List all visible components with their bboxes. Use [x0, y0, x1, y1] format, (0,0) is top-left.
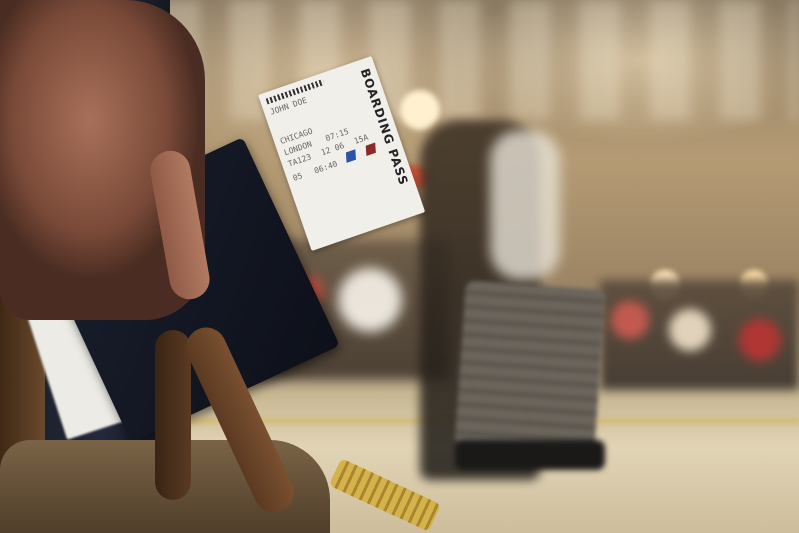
airport-photo: ✈ A JOHN DOE CHICAGO LONDON 07:15 TA123 …: [0, 0, 799, 533]
gate: 05: [292, 171, 304, 183]
rolling-suitcase: [454, 280, 605, 454]
red-marker: [366, 142, 376, 156]
suitcase-base: [455, 440, 605, 470]
blue-marker: [346, 149, 356, 163]
ceiling-lights: [130, 0, 799, 120]
bokeh-light: [400, 90, 440, 130]
blurred-people: [600, 280, 799, 390]
traveler-shirt: [490, 130, 560, 280]
boarding-time: 06:40: [313, 159, 339, 175]
bag-strap: [155, 330, 191, 500]
